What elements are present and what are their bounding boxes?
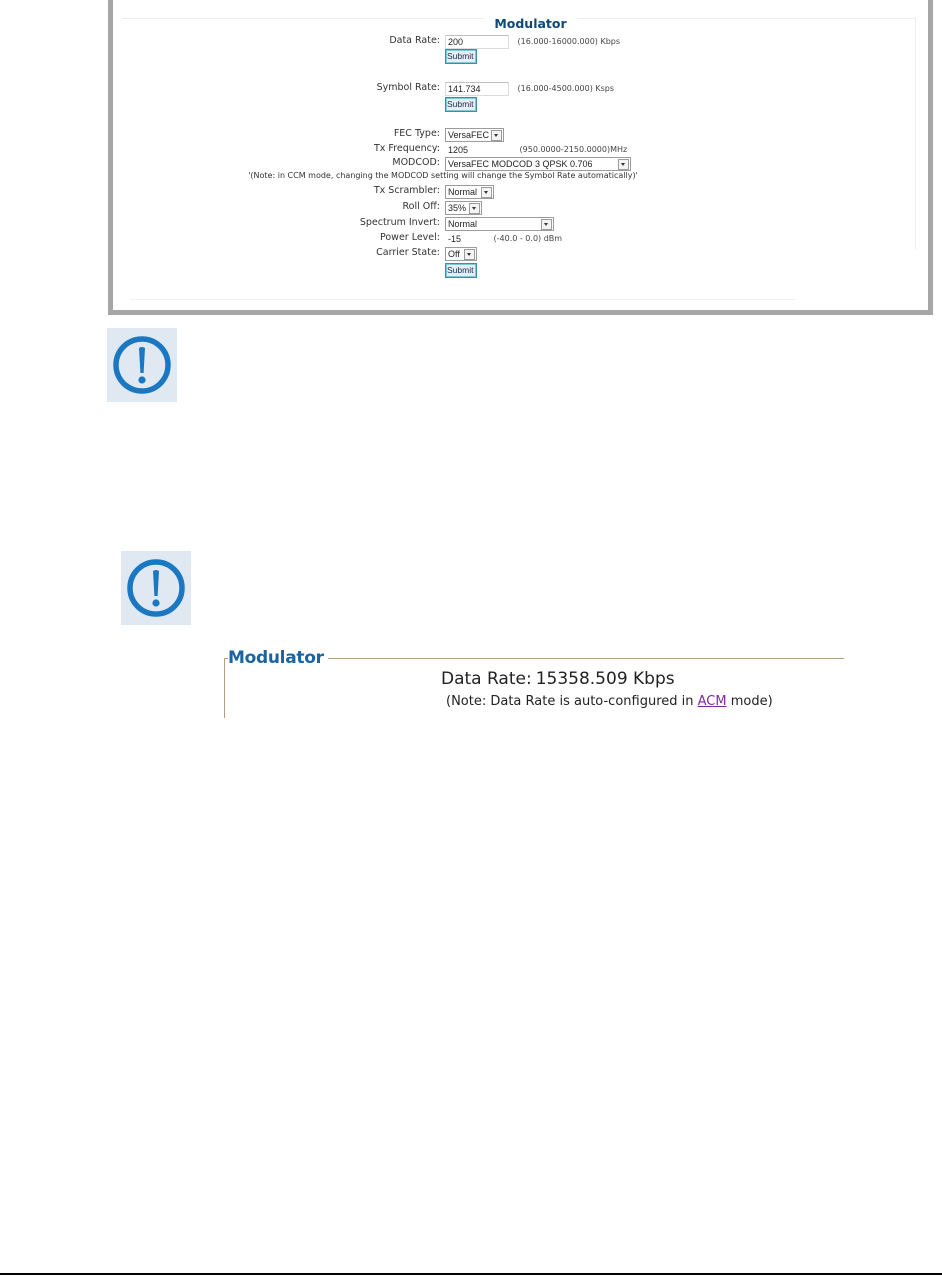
form-title: Modulator [120,16,916,31]
fec-type-row: FEC Type: VersaFEC [120,127,820,141]
spectrum-invert-select[interactable]: Normal [445,217,554,231]
symbol-rate-input[interactable]: 141.734 [445,82,509,96]
tx-scrambler-label: Tx Scrambler: [374,184,440,198]
tx-scrambler-select[interactable]: Normal [445,185,494,199]
chevron-down-icon [469,203,480,214]
modcod-select[interactable]: VersaFEC MODCOD 3 QPSK 0.706 [445,157,631,171]
caution-icon [107,328,177,402]
power-level-label: Power Level: [380,231,440,245]
chevron-down-icon [464,249,475,260]
chevron-down-icon [481,187,492,198]
symbol-rate-submit-button[interactable]: Submit [445,97,477,112]
roll-off-select[interactable]: 35% [445,201,482,215]
roll-off-label: Roll Off: [402,200,440,214]
data-rate-label: Data Rate: [389,34,440,48]
chevron-down-icon [541,219,552,230]
spectrum-invert-row: Spectrum Invert: Normal [120,216,820,230]
carrier-state-label: Carrier State: [376,246,440,260]
acm-note: (Note: Data Rate is auto-configured in A… [446,694,773,709]
tx-scrambler-row: Tx Scrambler: Normal [120,184,820,198]
exclamation-circle-icon [121,551,191,625]
modulator-form: Modulator Data Rate: 200 (16.000-16000.0… [120,8,916,300]
modulator-submit-button[interactable]: Submit [445,263,477,278]
data-rate-label: Data Rate: [441,669,532,689]
symbol-rate-range: (16.000-4500.000) Ksps [518,84,615,93]
caution-icon [121,551,191,625]
divider [130,299,796,300]
data-rate-readout: Data Rate:15358.509 Kbps [441,669,675,689]
spectrum-invert-label: Spectrum Invert: [360,216,440,230]
modcod-label: MODCOD: [392,156,440,170]
data-rate-submit-button[interactable]: Submit [445,49,477,64]
data-rate-range: (16.000-16000.000) Kbps [518,37,621,46]
tx-frequency-range: (950.0000-2150.0000)MHz [520,145,628,154]
symbol-rate-label: Symbol Rate: [377,81,440,95]
data-rate-input[interactable]: 200 [445,35,509,49]
chevron-down-icon [618,159,629,170]
data-rate-row: Data Rate: 200 (16.000-16000.000) Kbps [120,34,820,48]
power-level-row: Power Level: -15 (-40.0 - 0.0) dBm [120,231,820,245]
fieldset-border [224,658,225,718]
modulator-config-screenshot: Modulator Data Rate: 200 (16.000-16000.0… [108,0,933,315]
modcod-note: '(Note: in CCM mode, changing the MODCOD… [120,171,916,180]
tx-frequency-input[interactable]: 1205 [445,143,509,157]
exclamation-circle-icon [107,328,177,402]
acm-modulator-screenshot: Modulator Data Rate:15358.509 Kbps (Note… [224,642,844,718]
tx-frequency-label: Tx Frequency: [374,142,440,156]
tx-frequency-row: Tx Frequency: 1205 (950.0000-2150.0000)M… [120,142,820,156]
data-rate-value: 15358.509 Kbps [536,669,675,689]
fec-type-select[interactable]: VersaFEC [445,128,504,142]
carrier-state-row: Carrier State: Off [120,246,820,260]
symbol-rate-row: Symbol Rate: 141.734 (16.000-4500.000) K… [120,81,820,95]
fieldset-legend: Modulator [228,648,328,668]
acm-link[interactable]: ACM [698,694,727,709]
chevron-down-icon [491,130,502,141]
carrier-state-select[interactable]: Off [445,247,477,261]
modcod-row: MODCOD: VersaFEC MODCOD 3 QPSK 0.706 [120,156,820,170]
power-level-range: (-40.0 - 0.0) dBm [494,234,563,243]
roll-off-row: Roll Off: 35% [120,200,820,214]
divider [915,18,916,250]
fec-type-label: FEC Type: [394,127,440,141]
power-level-input[interactable]: -15 [445,232,487,246]
page-footer-rule [0,1273,942,1275]
